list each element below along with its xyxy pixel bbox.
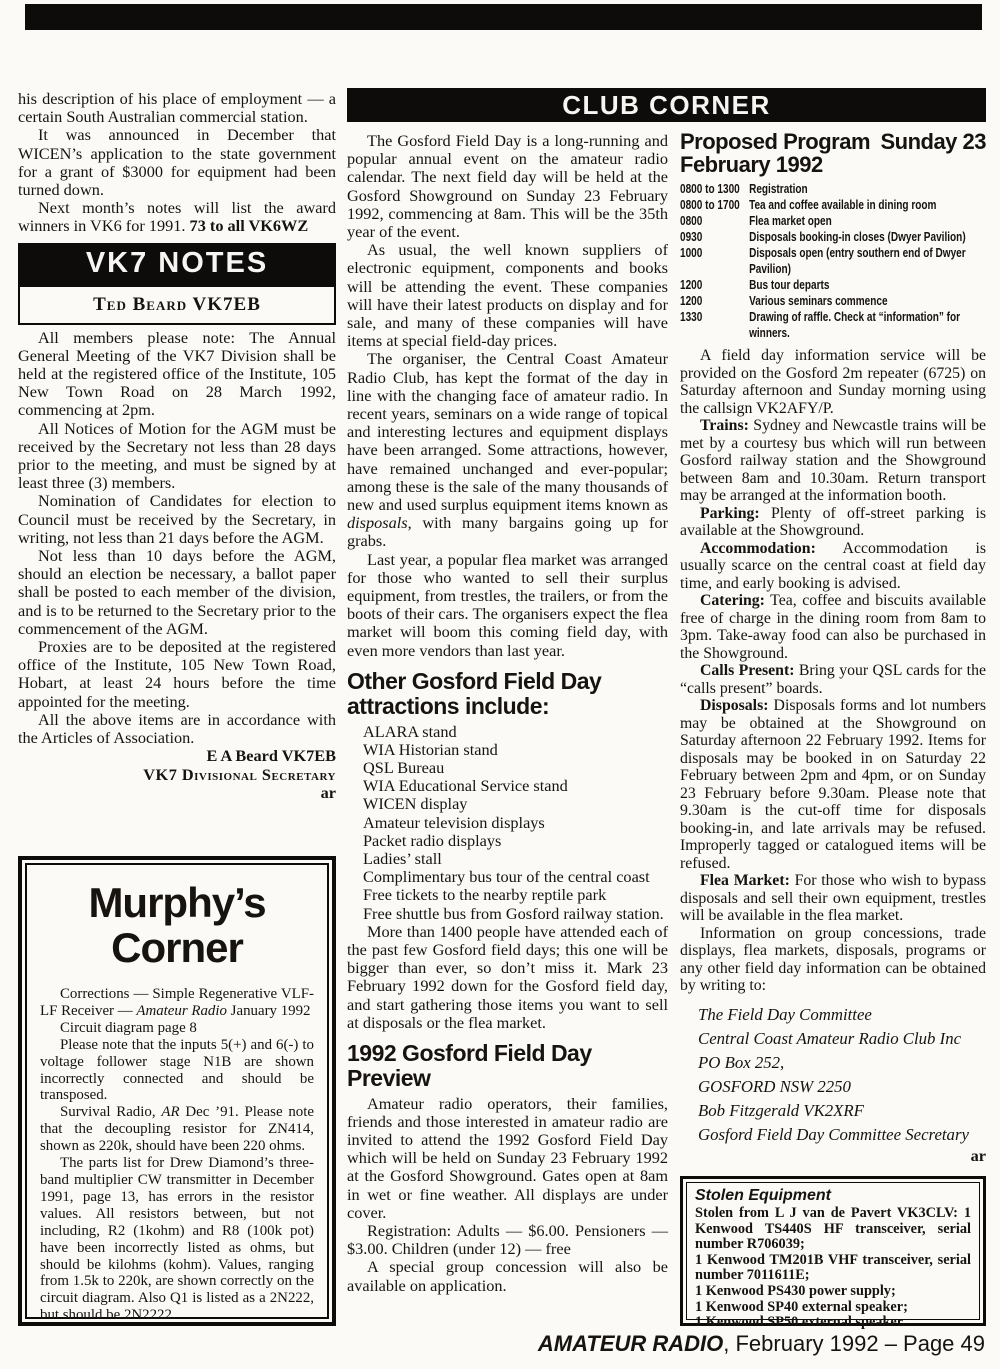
schedule-description: Disposals booking-in closes (Dwyer Pavil… xyxy=(749,229,986,245)
vk7-byline: Ted Beard VK7EB xyxy=(93,294,261,316)
schedule-row: 0930 Disposals booking-in closes (Dwyer … xyxy=(680,229,986,245)
paragraph: A special group concession will also be … xyxy=(347,1258,668,1294)
footer-issue-page: , February 1992 – Page 49 xyxy=(723,1331,985,1356)
schedule-time: 1200 xyxy=(680,277,749,293)
italic-text: Amateur Radio xyxy=(136,1003,227,1019)
paragraph: All members please note: The Annual Gene… xyxy=(18,329,336,420)
list-item: Amateur television displays xyxy=(347,814,668,832)
paragraph-lead: Accommodation: xyxy=(700,540,816,557)
paragraph: Information on group concessions, trade … xyxy=(680,925,986,995)
italic-text: AR xyxy=(161,1104,179,1120)
stolen-equipment-inner: Stolen Equipment Stolen from L J van de … xyxy=(686,1182,980,1320)
paragraph-text: Circuit diagram page 8 xyxy=(60,1020,197,1036)
magazine-title: AMATEUR RADIO xyxy=(538,1331,723,1356)
bold-signoff: 73 to all VK6WZ xyxy=(190,216,309,235)
club-corner-title: CLUB CORNER xyxy=(562,90,771,121)
paragraph: As usual, the well known suppliers of el… xyxy=(347,241,668,350)
paragraph: Trains: Sydney and Newcastle trains will… xyxy=(680,417,986,505)
stolen-equipment-line: 1 Kenwood PS430 power supply; xyxy=(695,1284,971,1300)
paragraph-text: A field day information service will be … xyxy=(680,347,986,417)
paragraph: All the above items are in accordance wi… xyxy=(18,711,336,747)
list-item: QSL Bureau xyxy=(347,759,668,777)
address-line: Central Coast Amateur Radio Club Inc xyxy=(680,1027,986,1051)
right-column: Proposed Program Sunday 23 February 1992… xyxy=(680,130,986,1165)
murphys-corner-inner: Murphy’s Corner Corrections — Simple Reg… xyxy=(25,863,329,1319)
list-item: WICEN display xyxy=(347,795,668,813)
murphys-corner-title: Murphy’s Corner xyxy=(40,881,314,970)
stolen-equipment-line: 1 Kenwood SP40 external speaker; xyxy=(695,1300,971,1316)
list-item: Ladies’ stall xyxy=(347,850,668,868)
paragraph: Accommodation: Accommodation is usually … xyxy=(680,540,986,593)
list-item: WIA Educational Service stand xyxy=(347,777,668,795)
schedule-row: 0800 to 1300 Registration xyxy=(680,181,986,197)
signature-ar: ar xyxy=(18,784,336,803)
address-line: Gosford Field Day Committee Secretary xyxy=(680,1123,986,1147)
middle-column: The Gosford Field Day is a long-running … xyxy=(347,132,668,1295)
schedule-row: 0800 Flea market open xyxy=(680,213,986,229)
paragraph: Next month’s notes will list the award w… xyxy=(18,199,336,235)
left-column: his description of his place of employme… xyxy=(18,90,336,803)
vk7-notes-header: VK7 NOTES xyxy=(18,243,336,285)
top-rule xyxy=(25,4,982,30)
address-line: Bob Fitzgerald VK2XRF xyxy=(680,1099,986,1123)
schedule-row: 1000 Disposals open (entry southern end … xyxy=(680,245,986,277)
address-block: The Field Day Committee Central Coast Am… xyxy=(680,1003,986,1147)
paragraph: Disposals: Disposals forms and lot numbe… xyxy=(680,697,986,872)
paragraph-text: January 1992 xyxy=(227,1003,311,1019)
schedule-description: Drawing of raffle. Check at “information… xyxy=(749,309,986,341)
paragraph-lead: Flea Market: xyxy=(700,872,790,889)
paragraph-text: Survival Radio, xyxy=(60,1104,161,1120)
schedule-time: 0930 xyxy=(680,229,749,245)
schedule-time: 0800 xyxy=(680,213,749,229)
magazine-page: CLUB CORNER his description of his place… xyxy=(0,0,1000,1369)
schedule-description: Disposals open (entry southern end of Dw… xyxy=(749,245,986,277)
program-schedule: 0800 to 1300 Registration 0800 to 1700 T… xyxy=(680,181,986,341)
paragraph: Nomination of Candidates for election to… xyxy=(18,492,336,547)
paragraph-text: Last year, a popular flea market was arr… xyxy=(347,550,668,660)
schedule-time: 1000 xyxy=(680,245,749,277)
schedule-description: Various seminars commence xyxy=(749,293,986,309)
stolen-equipment-line: Stolen from L J van de Pavert VK3CLV: 1 … xyxy=(695,1206,971,1253)
italic-text: disposals xyxy=(347,513,408,532)
paragraph: Registration: Adults — $6.00. Pensioners… xyxy=(347,1222,668,1258)
club-corner-banner: CLUB CORNER xyxy=(347,88,986,122)
schedule-row: 0800 to 1700 Tea and coffee available in… xyxy=(680,197,986,213)
paragraph: Parking: Plenty of off-street parking is… xyxy=(680,505,986,540)
schedule-description: Flea market open xyxy=(749,213,986,229)
paragraph-lead: Catering: xyxy=(700,592,765,609)
paragraph-text: Please note that the inputs 5(+) and 6(-… xyxy=(40,1037,314,1104)
paragraph: Flea Market: For those who wish to bypas… xyxy=(680,872,986,925)
program-day: Sunday 23 xyxy=(880,130,986,153)
stolen-equipment-line: 1 Kenwood SP50 external speaker. xyxy=(695,1315,971,1331)
paragraph-lead: Disposals: xyxy=(700,697,768,714)
schedule-row: 1200 Bus tour departs xyxy=(680,277,986,293)
paragraph-lead: Calls Present: xyxy=(700,662,794,679)
paragraph: Amateur radio operators, their families,… xyxy=(347,1095,668,1222)
paragraph: The organiser, the Central Coast Amateur… xyxy=(347,350,668,550)
list-item: Packet radio displays xyxy=(347,832,668,850)
list-item: ALARA stand xyxy=(347,723,668,741)
schedule-description: Tea and coffee available in dining room xyxy=(749,197,986,213)
paragraph: Corrections — Simple Regenerative VLF-LF… xyxy=(40,986,314,1020)
paragraph: Survival Radio, AR Dec ’91. Please note … xyxy=(40,1104,314,1155)
vk7-byline-box: Ted Beard VK7EB xyxy=(18,285,336,325)
address-line: PO Box 252, xyxy=(680,1051,986,1075)
paragraph: All Notices of Motion for the AGM must b… xyxy=(18,420,336,493)
page-footer: AMATEUR RADIO, February 1992 – Page 49 xyxy=(538,1331,985,1357)
signature-ar: ar xyxy=(680,1147,986,1166)
paragraph: Not less than 10 days before the AGM, sh… xyxy=(18,547,336,638)
schedule-time: 1200 xyxy=(680,293,749,309)
schedule-description: Registration xyxy=(749,181,986,197)
address-line: GOSFORD NSW 2250 xyxy=(680,1075,986,1099)
vk7-notes-title: VK7 NOTES xyxy=(86,247,268,280)
address-line: The Field Day Committee xyxy=(680,1003,986,1027)
paragraph: Calls Present: Bring your QSL cards for … xyxy=(680,662,986,697)
paragraph: Please note that the inputs 5(+) and 6(-… xyxy=(40,1037,314,1105)
paragraph: It was announced in December that WICEN’… xyxy=(18,126,336,199)
schedule-time: 0800 to 1700 xyxy=(680,197,749,213)
paragraph: Last year, a popular flea market was arr… xyxy=(347,551,668,660)
paragraph: A field day information service will be … xyxy=(680,347,986,417)
paragraph: The parts list for Drew Diamond’s three-… xyxy=(40,1155,314,1324)
schedule-row: 1200 Various seminars commence xyxy=(680,293,986,309)
subhead-attractions: Other Gosford Field Day attractions incl… xyxy=(347,669,668,719)
program-date: February 1992 xyxy=(680,153,986,177)
paragraph: Catering: Tea, coffee and biscuits avail… xyxy=(680,592,986,662)
murphys-corner-box: Murphy’s Corner Corrections — Simple Reg… xyxy=(18,856,336,1326)
signature-role: VK7 Divisional Secretary xyxy=(18,766,336,785)
stolen-equipment-title: Stolen Equipment xyxy=(695,1187,971,1205)
paragraph-text: Information on group concessions, trade … xyxy=(680,925,986,995)
stolen-equipment-line: 1 Kenwood TM201B VHF transceiver, serial… xyxy=(695,1253,971,1284)
paragraph: The Gosford Field Day is a long-running … xyxy=(347,132,668,241)
paragraph: More than 1400 people have attended each… xyxy=(347,923,668,1032)
list-item: Free tickets to the nearby reptile park xyxy=(347,886,668,904)
paragraph-text: Disposals forms and lot numbers may be o… xyxy=(680,697,986,872)
program-title: Proposed Program xyxy=(680,130,870,153)
paragraph-text: The Gosford Field Day is a long-running … xyxy=(347,131,668,241)
schedule-row: 1330 Drawing of raffle. Check at “inform… xyxy=(680,309,986,341)
program-heading: Proposed Program Sunday 23 xyxy=(680,130,986,153)
list-item: WIA Historian stand xyxy=(347,741,668,759)
paragraph-text: The organiser, the Central Coast Amateur… xyxy=(347,349,668,514)
list-item: Free shuttle bus from Gosford railway st… xyxy=(347,905,668,923)
paragraph-lead: Trains: xyxy=(700,417,749,434)
paragraph: Proxies are to be deposited at the regis… xyxy=(18,638,336,711)
signature-name: E A Beard VK7EB xyxy=(18,747,336,766)
subhead-preview: 1992 Gosford Field Day Preview xyxy=(347,1041,668,1091)
paragraph-lead: Parking: xyxy=(700,505,760,522)
paragraph: his description of his place of employme… xyxy=(18,90,336,126)
schedule-description: Bus tour departs xyxy=(749,277,986,293)
paragraph: Circuit diagram page 8 xyxy=(40,1020,314,1037)
vk7-notes-body: All members please note: The Annual Gene… xyxy=(18,329,336,803)
paragraph-text: The parts list for Drew Diamond’s three-… xyxy=(40,1155,314,1323)
stolen-equipment-box: Stolen Equipment Stolen from L J van de … xyxy=(680,1176,986,1326)
schedule-time: 0800 to 1300 xyxy=(680,181,749,197)
schedule-time: 1330 xyxy=(680,309,749,341)
paragraph-text: As usual, the well known suppliers of el… xyxy=(347,240,668,350)
list-item: Complimentary bus tour of the central co… xyxy=(347,868,668,886)
